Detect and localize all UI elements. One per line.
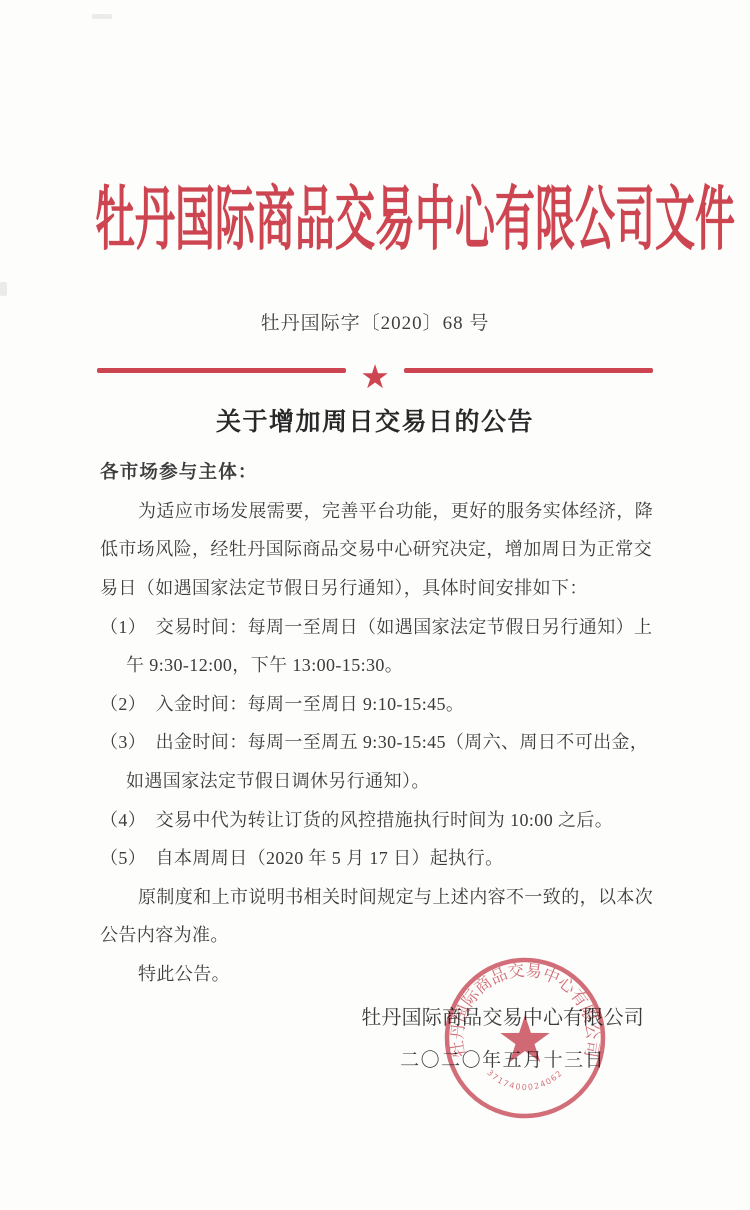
divider-line-right xyxy=(404,368,653,373)
body-line: 低市场风险，经牡丹国际商品交易中心研究决定，增加周日为正常交 xyxy=(100,529,656,568)
body-line: 公告内容为准。 xyxy=(100,915,656,954)
divider-line-left xyxy=(97,368,346,373)
seal-code: 3717400024062 xyxy=(485,1068,565,1092)
body-line: 原制度和上市说明书相关时间规定与上述内容不一致的，以本次 xyxy=(100,877,656,916)
body-line: 易日（如遇国家法定节假日另行通知），具体时间安排如下： xyxy=(100,568,656,607)
body-line: 如遇国家法定节假日调休另行通知）。 xyxy=(100,761,656,800)
body-line-item-5: （5） 自本周周日（2020 年 5 月 17 日）起执行。 xyxy=(100,838,656,877)
org-letterhead-title: 牡丹国际商品交易中心有限公司文件 xyxy=(95,175,655,266)
announcement-title: 关于增加周日交易日的公告 xyxy=(0,402,750,438)
company-seal-stamp: 牡丹国际商品交易中心有限公司 3717400024062 xyxy=(440,953,610,1123)
body-line-item-2: （2） 入金时间：每周一至周日 9:10-15:45。 xyxy=(100,684,656,723)
scan-artifact xyxy=(92,14,112,19)
seal-star-icon xyxy=(500,1015,549,1062)
document-page: 牡丹国际商品交易中心有限公司文件 牡丹国际字〔2020〕68 号 ★ 关于增加周… xyxy=(0,0,750,1210)
salutation-line: 各市场参与主体： xyxy=(100,452,656,491)
red-divider: ★ xyxy=(97,360,653,394)
body-line: 午 9:30-12:00，下午 13:00-15:30。 xyxy=(100,645,656,684)
body-line: 为适应市场发展需要，完善平台功能，更好的服务实体经济，降 xyxy=(100,491,656,530)
body-line-item-1: （1） 交易时间：每周一至周日（如遇国家法定节假日另行通知）上 xyxy=(100,606,656,645)
announcement-body: 各市场参与主体： 为适应市场发展需要，完善平台功能，更好的服务实体经济，降 低市… xyxy=(100,452,656,992)
body-line-item-3: （3） 出金时间：每周一至周五 9:30-15:45（周六、周日不可出金， xyxy=(100,722,656,761)
body-line-item-4: （4） 交易中代为转让订货的风控措施执行时间为 10:00 之后。 xyxy=(100,799,656,838)
scan-artifact xyxy=(0,282,7,296)
document-number: 牡丹国际字〔2020〕68 号 xyxy=(0,308,750,335)
star-icon: ★ xyxy=(346,360,404,393)
